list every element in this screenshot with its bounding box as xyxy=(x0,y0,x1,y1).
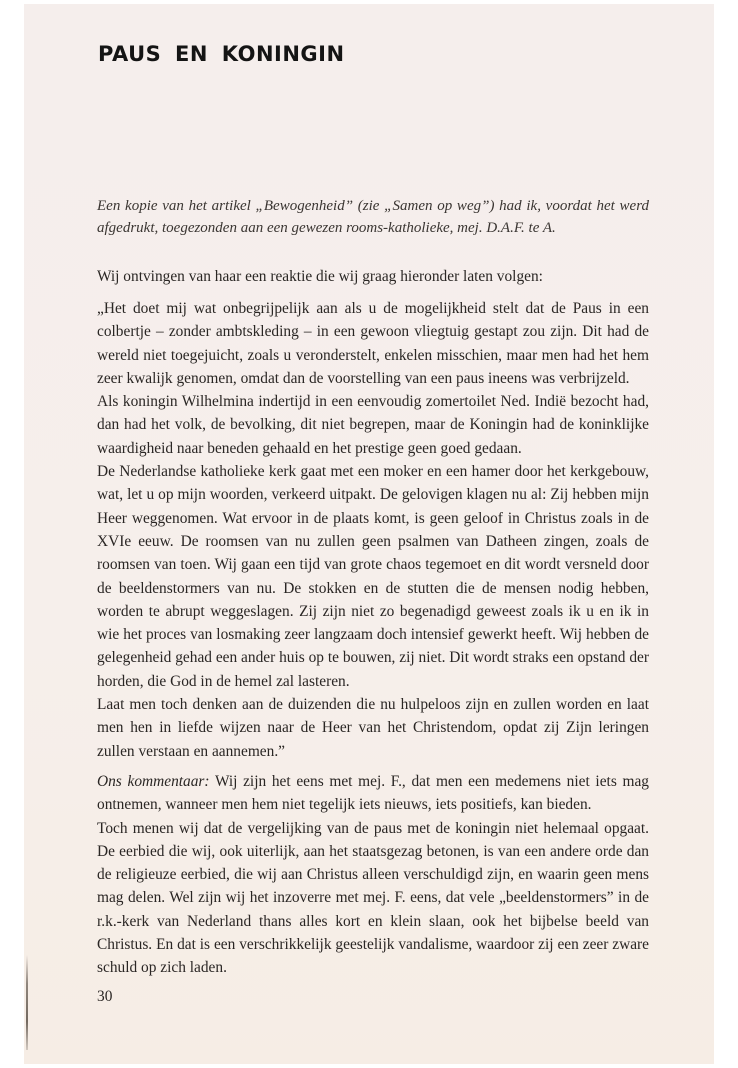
quote-paragraph: „Het doet mij wat onbegrijpelijk aan als… xyxy=(97,297,649,390)
quote-paragraph: Laat men toch denken aan de duizenden di… xyxy=(97,693,649,763)
reader-letter-quote: „Het doet mij wat onbegrijpelijk aan als… xyxy=(97,297,649,763)
article-title: PAUS EN KONINGIN xyxy=(98,42,345,66)
comment-paragraph: Ons kommentaar: Wij zijn het eens met me… xyxy=(97,770,649,817)
quote-paragraph: De Nederlandse katholieke kerk gaat met … xyxy=(97,460,649,693)
article-lead: Wij ontvingen van haar een reaktie die w… xyxy=(97,265,649,288)
page-number: 30 xyxy=(97,988,112,1006)
intro-paragraph: Een kopie van het artikel „Bewogenheid” … xyxy=(97,196,649,239)
quote-paragraph: Als koningin Wilhelmina indertijd in een… xyxy=(97,390,649,460)
comment-paragraph: Toch menen wij dat de vergelijking van d… xyxy=(97,817,649,980)
lead-paragraph: Wij ontvingen van haar een reaktie die w… xyxy=(97,265,649,288)
article-intro: Een kopie van het artikel „Bewogenheid” … xyxy=(97,196,649,239)
binding-edge xyxy=(26,955,28,1050)
comment-label: Ons kommentaar: xyxy=(97,773,210,790)
editorial-comment: Ons kommentaar: Wij zijn het eens met me… xyxy=(97,770,649,980)
